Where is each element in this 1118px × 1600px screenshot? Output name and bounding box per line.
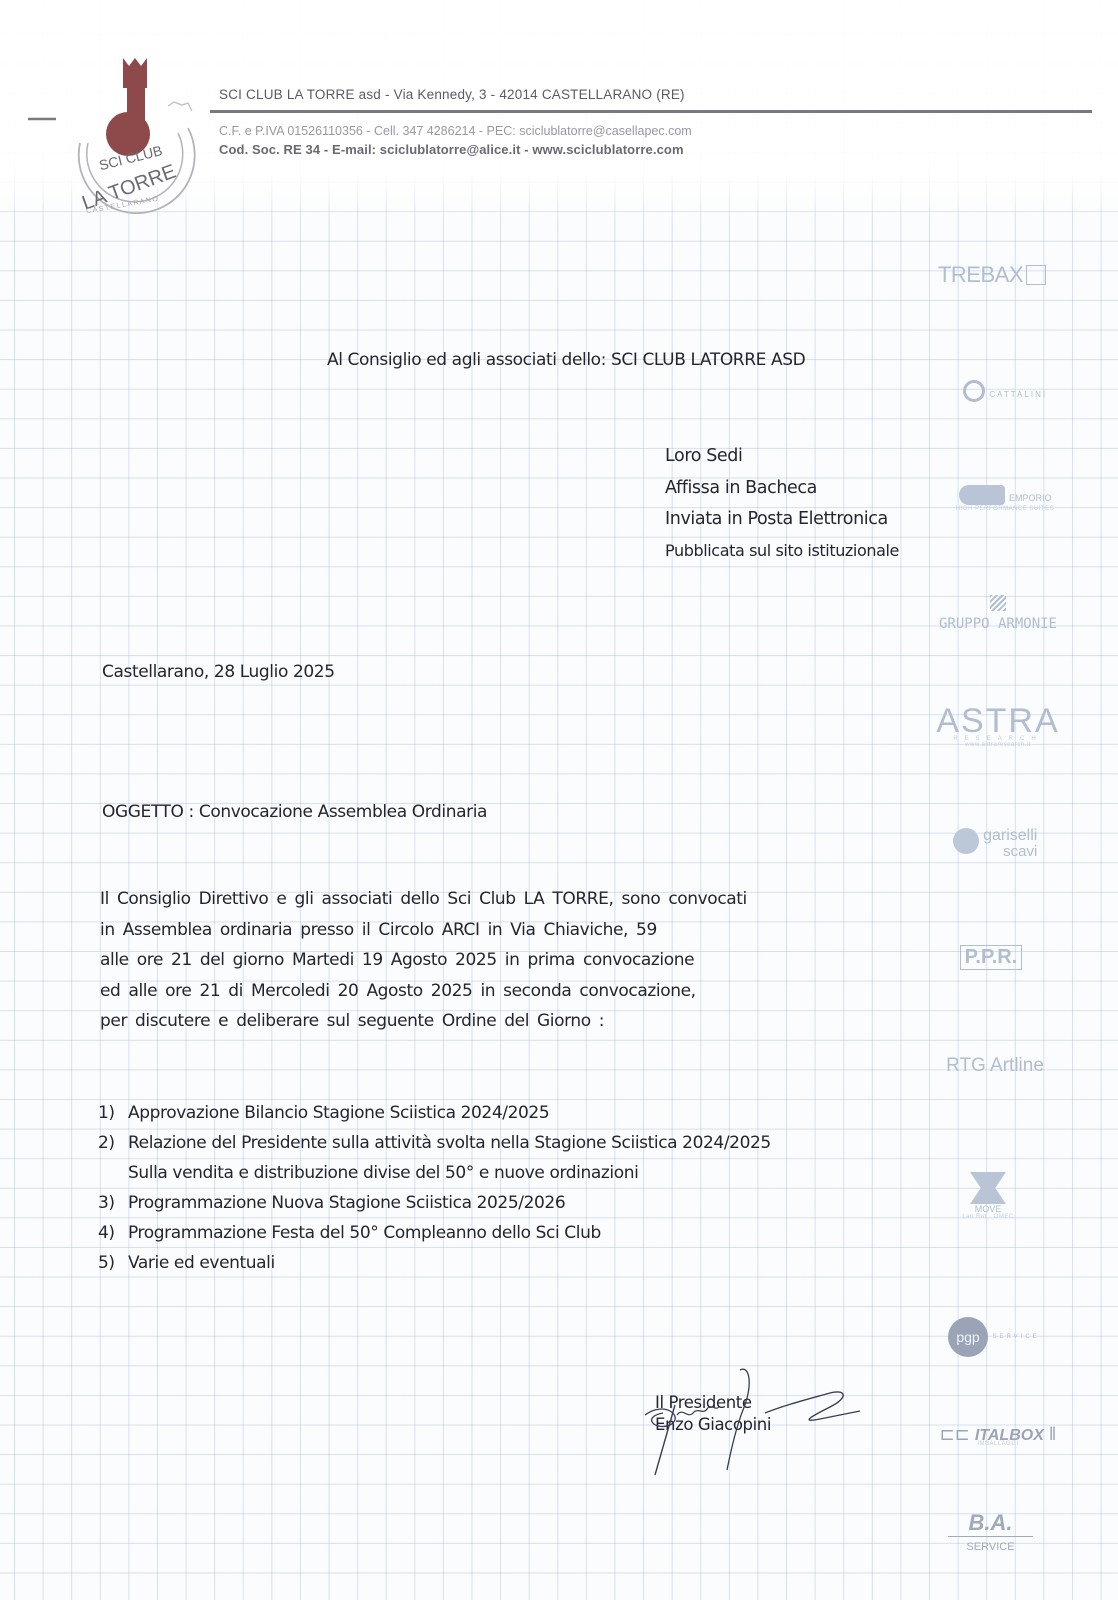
agenda-list: 1)Approvazione Bilancio Stagione Sciisti…: [98, 1098, 771, 1278]
agenda-item: 5)Varie ed eventuali: [98, 1248, 771, 1278]
paragraph-line: ed alle ore 21 di Mercoledi 20 Agosto 20…: [100, 976, 747, 1007]
sponsor-pgp: pgp SERVICE: [948, 1317, 1058, 1357]
tower-logo-icon: SCI CLUB LA TORRE CASTELLARANO: [28, 48, 208, 218]
letterhead-contact-info: Cod. Soc. RE 34 - E-mail: sciclublatorre…: [219, 142, 684, 157]
letter-subject: OGGETTO : Convocazione Assemblea Ordinar…: [102, 802, 487, 822]
convocation-paragraph: Il Consiglio Direttivo e gli associati d…: [100, 884, 747, 1037]
sponsor-ppr: P.P.R.: [955, 945, 1027, 970]
recipient-line: Al Consiglio ed agli associati dello: SC…: [327, 350, 805, 370]
agenda-item: 3)Programmazione Nuova Stagione Sciistic…: [98, 1188, 771, 1218]
letter-date: Castellarano, 28 Luglio 2025: [102, 662, 335, 682]
ppr-logo-icon: P.P.R.: [960, 945, 1023, 970]
agenda-item: 1)Approvazione Bilancio Stagione Sciisti…: [98, 1098, 771, 1128]
distribution-item: Inviata in Posta Elettronica: [665, 509, 888, 529]
trebax-logo-icon: TREBAX: [938, 262, 1023, 287]
sponsor-ba-service: B.A. SERVICE: [948, 1510, 1033, 1555]
sponsor-astra: ASTRA RESEARCH www.astraresearch.it: [928, 706, 1068, 748]
gariselli-logo-icon: [953, 828, 979, 854]
paragraph-line: Il Consiglio Direttivo e gli associati d…: [100, 884, 747, 915]
ba-service-logo-icon: B.A.: [948, 1510, 1033, 1537]
agenda-item: 2)Relazione del Presidente sulla attivit…: [98, 1128, 771, 1188]
sponsor-gruppo-armonie: GRUPPO ARMONIE: [928, 595, 1068, 633]
armonie-logo-icon: [990, 595, 1006, 611]
paragraph-line: in Assemblea ordinaria presso il Circolo…: [100, 915, 747, 946]
emporio-logo-icon: [959, 485, 1005, 505]
handwritten-signature-icon: [615, 1365, 875, 1475]
pgp-logo-icon: pgp: [948, 1317, 988, 1357]
agenda-item: 4)Programmazione Festa del 50° Compleann…: [98, 1218, 771, 1248]
sponsor-gariselli: gariselli scavi: [930, 828, 1060, 860]
sponsor-italbox: ⊏⊏ ITALBOX ‖ IMBALLAGGI: [928, 1424, 1068, 1447]
letterhead-divider: [210, 110, 1092, 113]
distribution-item: Loro Sedi: [665, 446, 742, 466]
paragraph-line: alle ore 21 del giorno Martedi 19 Agosto…: [100, 945, 747, 976]
paragraph-line: per discutere e deliberare sul seguente …: [100, 1006, 747, 1037]
cattalini-logo-icon: [963, 380, 985, 402]
sponsor-move: MOVE Lan Rut · OMEC: [928, 1172, 1048, 1220]
distribution-item: Pubblicata sul sito istituzionale: [665, 541, 899, 560]
sponsor-rtg-artline: RTG Artline: [930, 1055, 1060, 1077]
sponsor-cattalini: CATTALINI: [945, 380, 1065, 402]
rtg-logo-icon: RTG Artline: [946, 1055, 1044, 1076]
letterhead-organization: SCI CLUB LA TORRE asd - Via Kennedy, 3 -…: [219, 87, 685, 102]
letterhead-fiscal-info: C.F. e P.IVA 01526110356 - Cell. 347 428…: [219, 124, 692, 138]
distribution-item: Affissa in Bacheca: [665, 478, 817, 498]
astra-logo-icon: ASTRA: [928, 706, 1068, 736]
sponsor-trebax: TREBAX: [932, 262, 1052, 288]
dc-logo-icon: [970, 1172, 1006, 1204]
sponsor-emporio: EMPORIO HIGH PERFORMANCE SUITES: [950, 485, 1060, 512]
